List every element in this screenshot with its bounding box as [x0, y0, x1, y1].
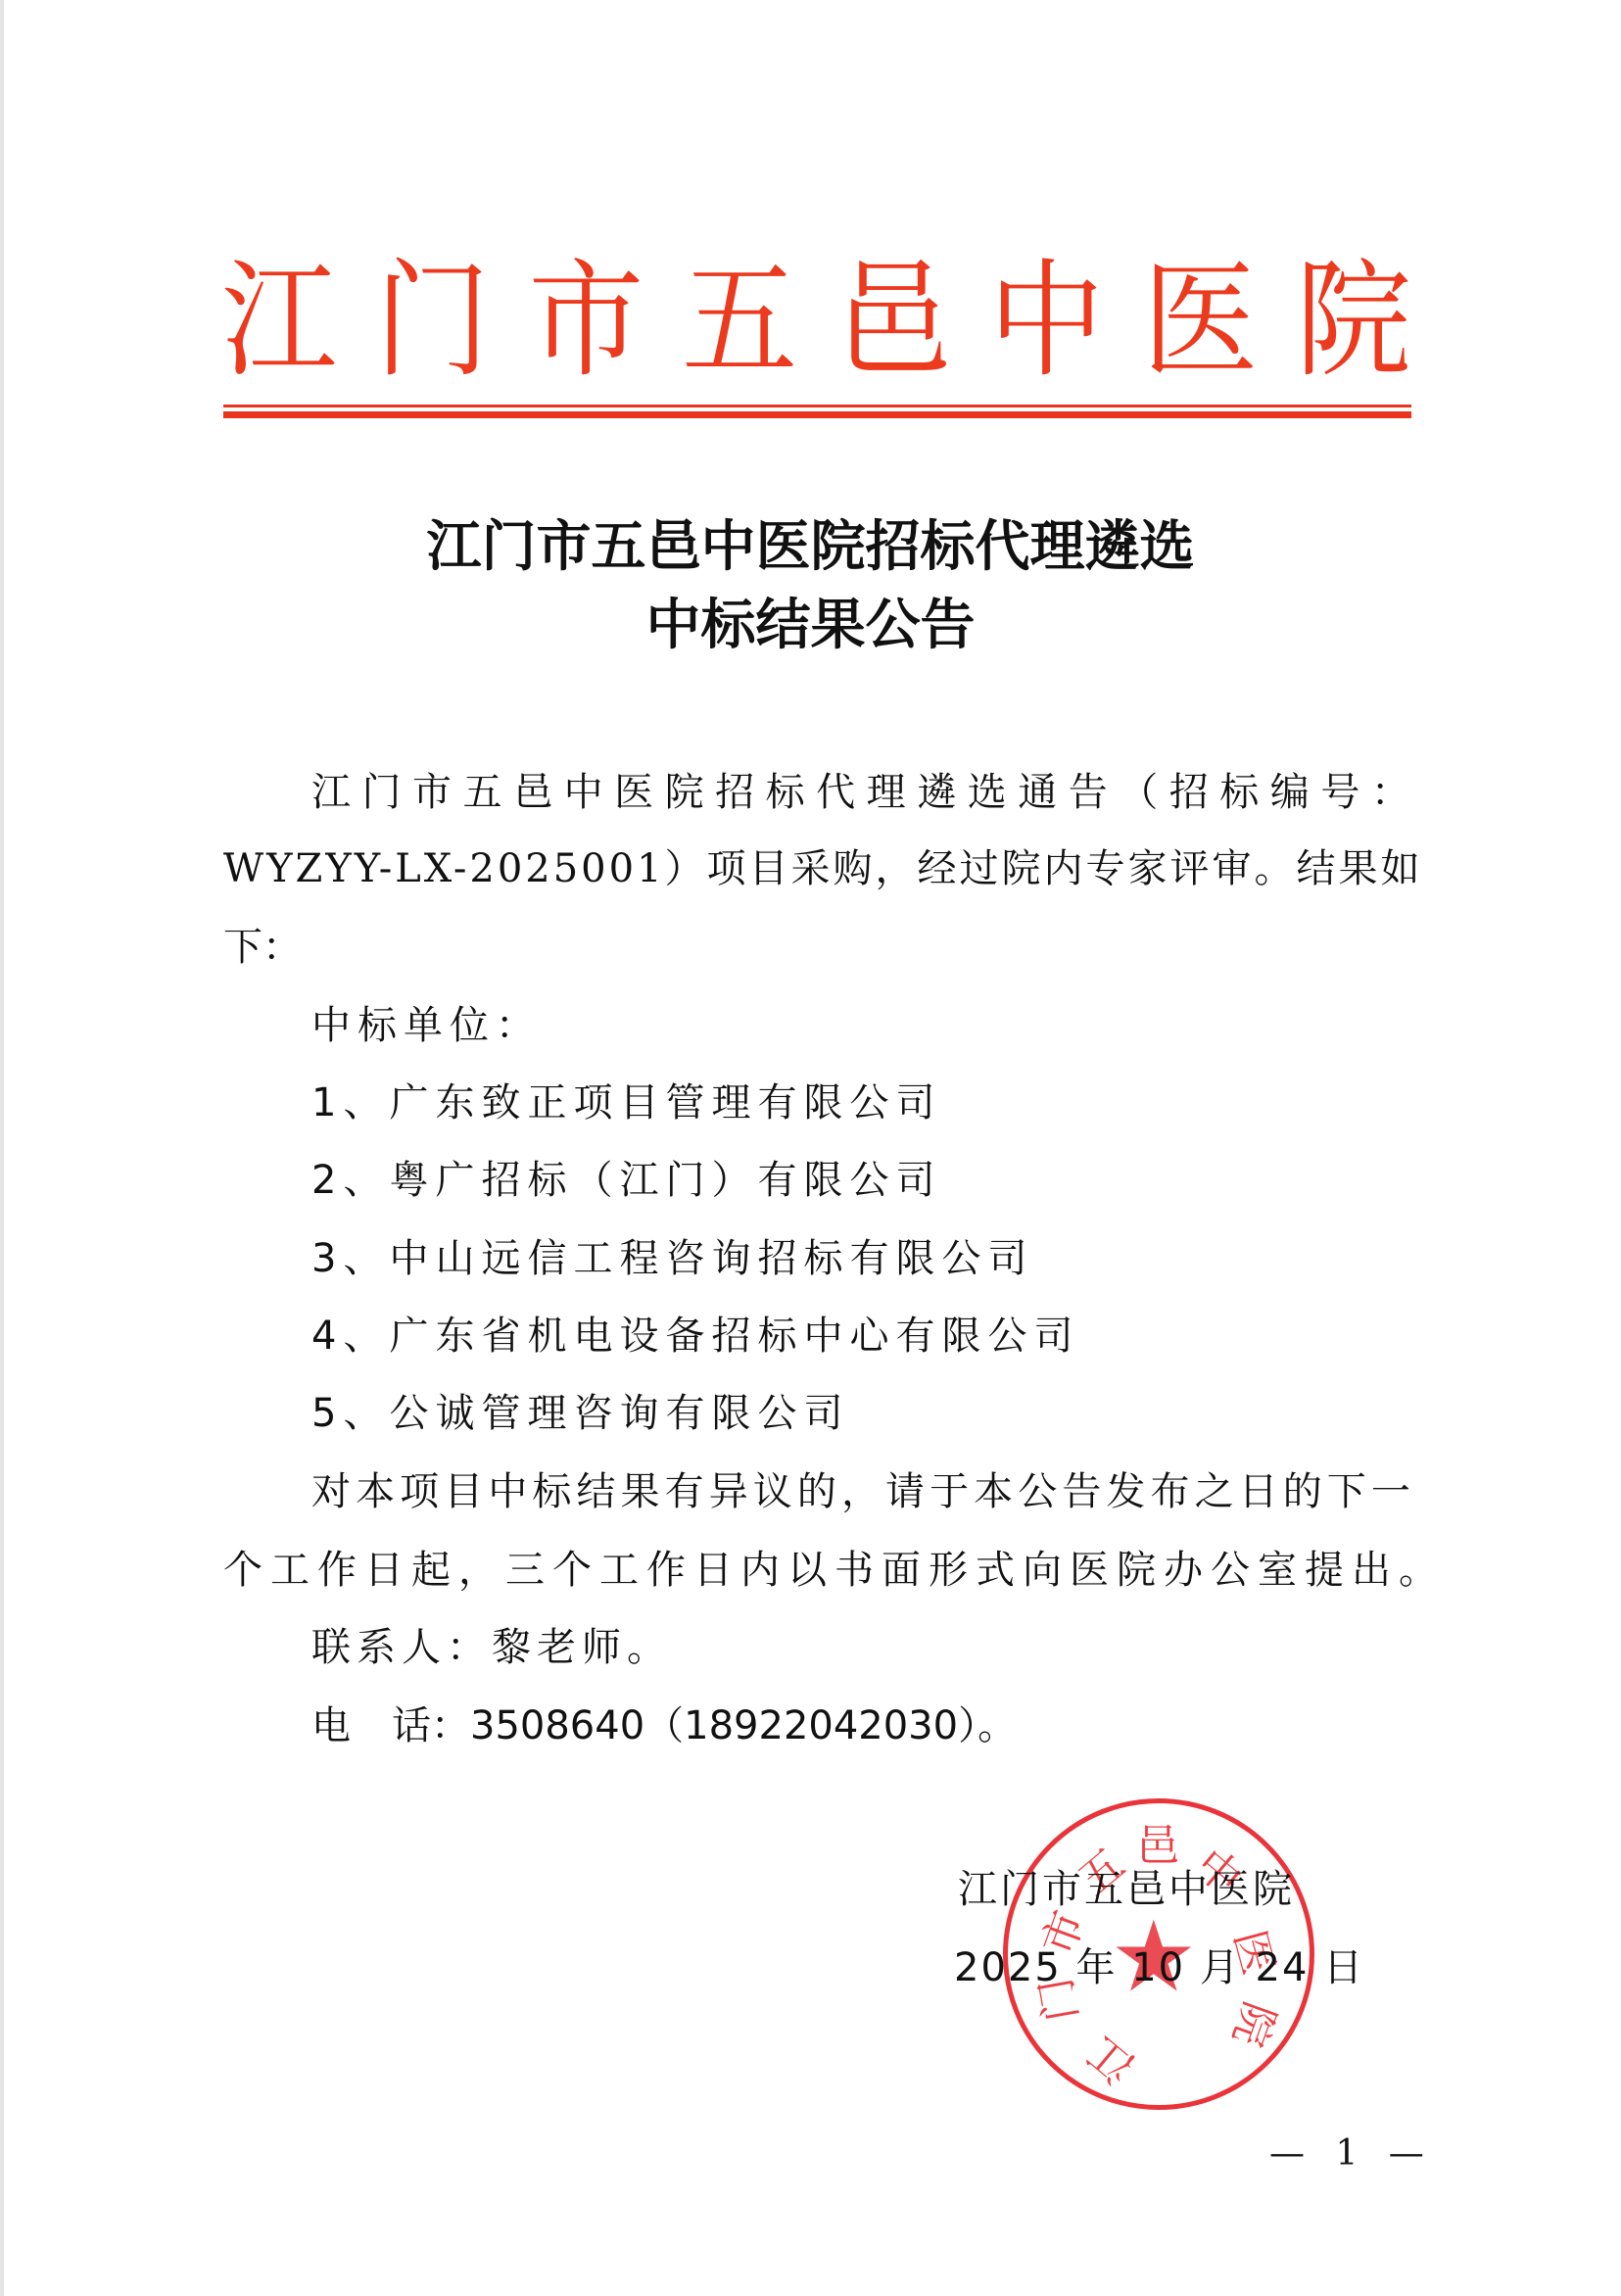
winner-item-3: 3、中山远信工程咨询招标有限公司 — [311, 1234, 1033, 1283]
masthead-char: 邑 — [835, 257, 951, 384]
page-number: — 1 — — [1269, 2133, 1434, 2174]
phone-label-a: 电 — [311, 1701, 392, 1750]
intro-line-2: WYZYY-LX-2025001）项目采购，经过院内专家评审。结果如 — [223, 844, 1423, 893]
winner-item-5: 5、公诚管理咨询有限公司 — [311, 1389, 849, 1438]
document-title-line2: 中标结果公告 — [0, 596, 1621, 654]
masthead-char: 五 — [682, 257, 797, 384]
winner-item-4: 4、广东省机电设备招标中心有限公司 — [311, 1312, 1079, 1361]
masthead-rule-thick — [223, 411, 1411, 418]
signature-date: 2025 年 10 月 24 日 — [954, 1943, 1364, 1992]
objection-line-2: 个工作日起，三个工作日内以书面形式向医院办公室提出。 — [223, 1546, 1446, 1595]
document-title-line1: 江门市五邑中医院招标代理遴选 — [0, 517, 1621, 576]
intro-line-3: 下： — [223, 923, 302, 972]
signature-organization: 江门市五邑中医院 — [958, 1865, 1295, 1914]
page-edge — [0, 0, 4, 2296]
winner-item-2: 2、粤广招标（江门）有限公司 — [311, 1156, 941, 1205]
masthead-char: 医 — [1142, 257, 1258, 384]
masthead-char: 院 — [1296, 257, 1411, 384]
masthead-char: 江 — [221, 257, 337, 384]
masthead-char: 市 — [528, 257, 644, 384]
intro-line-1: 江门市五邑中医院招标代理遴选通告（招标编号： — [311, 768, 1410, 817]
objection-line-1: 对本项目中标结果有异议的，请于本公告发布之日的下一 — [311, 1467, 1410, 1516]
masthead: 江 门 市 五 邑 中 医 院 — [221, 257, 1411, 384]
phone-label-b: 话： — [392, 1703, 470, 1748]
contact-line: 联系人：黎老师。 — [311, 1623, 672, 1672]
masthead-rule-thin — [223, 405, 1411, 407]
seal-char: 邑 — [1136, 1810, 1179, 1873]
phone-line: 电话：3508640（18922042030）。 — [311, 1701, 1017, 1750]
winners-label: 中标单位： — [311, 1001, 542, 1050]
masthead-char: 门 — [375, 257, 491, 384]
masthead-char: 中 — [989, 257, 1105, 384]
contact-value: 黎老师。 — [492, 1625, 672, 1670]
phone-value: 3508640（18922042030）。 — [470, 1703, 1017, 1748]
contact-label: 联系人： — [311, 1625, 492, 1670]
winner-item-1: 1、广东致正项目管理有限公司 — [311, 1078, 941, 1127]
